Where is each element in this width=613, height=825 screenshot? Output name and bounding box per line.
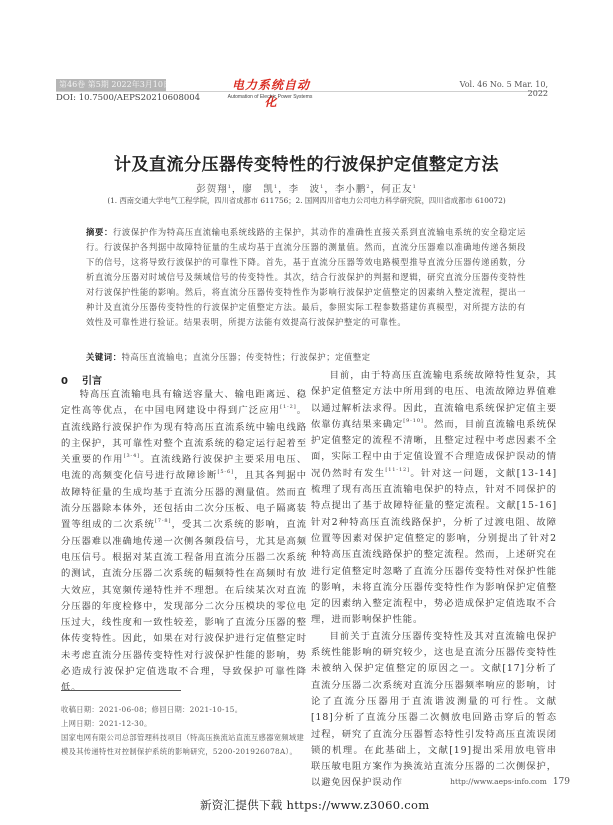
affiliation-marker: 2 [366, 184, 370, 190]
page-footer: http://www.aeps-info.com179 [380, 777, 570, 787]
footnote-funding: 国家电网有限公司总部管理科技项目（特高压换流站直流互感器宽频域建模及其传递特性对… [61, 731, 307, 759]
author-name: 李小鹏 [335, 184, 367, 195]
author-name: 李 波 [289, 184, 321, 195]
abstract-text: 行波保护作为特高压直流输电系统线路的主保护，其动作的准确性直接关系到直流输电系统… [86, 227, 526, 327]
volume-info: Vol. 46 No. 5 Mar. 10, 2022 [440, 80, 548, 98]
body-paragraph: 目前，由于特高压直流输电系统故障特性复杂，其保护定值整定方法中所用到的电压、电流… [311, 368, 557, 629]
keywords-text: 特高压直流输电；直流分压器；传变特性；行波保护；定值整定 [122, 352, 371, 362]
citation-ref: [9-10] [403, 418, 424, 424]
affiliation-marker: 1 [413, 184, 417, 190]
journal-name-en: Automation of Electric Power Systems [220, 94, 320, 100]
author-list: 彭贺翔1，廖 凯1，李 波1，李小鹏2，何正友1 [0, 181, 613, 195]
journal-url[interactable]: http://www.aeps-info.com [450, 777, 547, 786]
affiliation-marker: 1 [228, 184, 232, 190]
doi: DOI: 10.7500/AEPS20210608004 [56, 93, 200, 103]
citation-ref: [11-12] [385, 467, 410, 473]
watermark: 新资汇提供下载 https://www.z3060.com [200, 797, 429, 813]
body-paragraph: 特高压直流输电具有输送容量大、输电距离远、稳定性高等优点，在中国电网建设中得到广… [61, 387, 307, 697]
keywords: 关键词：特高压直流输电；直流分压器；传变特性；行波保护；定值整定 [86, 351, 526, 363]
section-heading: 0引言 [61, 372, 116, 387]
footnote: 收稿日期：2021-06-08；修回日期：2021-10-15。 上网日期：20… [61, 703, 307, 759]
author-name: 廖 凯 [242, 184, 274, 195]
affiliations: (1. 西南交通大学电气工程学院，四川省成都市 611756；2. 国网四川省电… [0, 196, 613, 206]
keywords-label: 关键词： [86, 352, 122, 362]
issue-badge: 第46卷 第5期 2022年3月10日 [56, 79, 166, 91]
page-number: 179 [553, 777, 570, 787]
citation-ref: [5-6] [218, 469, 234, 475]
citation-ref: [1-2] [280, 404, 296, 410]
affiliation-marker: 1 [274, 184, 278, 190]
abstract: 摘要：行波保护作为特高压直流输电系统线路的主保护，其动作的准确性直接关系到直流输… [86, 225, 526, 330]
section-title: 引言 [82, 376, 102, 387]
right-column: 目前，由于特高压直流输电系统故障特性复杂，其保护定值整定方法中所用到的电压、电流… [311, 368, 557, 792]
author-name: 彭贺翔 [196, 184, 228, 195]
affiliation-marker: 1 [320, 184, 324, 190]
citation-ref: [7-8] [155, 518, 171, 524]
citation-ref: [3-4] [124, 453, 140, 459]
footnote-received: 收稿日期：2021-06-08；修回日期：2021-10-15。 [61, 703, 307, 717]
body-paragraph: 目前关于直流分压器传变特性及其对直流输电保护系统性能影响的研究较少，这也是直流分… [311, 629, 557, 792]
footnote-rule [61, 690, 181, 691]
author-name: 何正友 [381, 184, 413, 195]
left-column: 特高压直流输电具有输送容量大、输电距离远、稳定性高等优点，在中国电网建设中得到广… [61, 387, 307, 697]
footnote-online: 上网日期：2021-12-30。 [61, 717, 307, 731]
paper-title: 计及直流分压器传变特性的行波保护定值整定方法 [0, 150, 613, 175]
abstract-label: 摘要： [86, 227, 113, 237]
journal-logo: 电力系统自动化 [226, 76, 316, 110]
section-number: 0 [61, 376, 68, 387]
